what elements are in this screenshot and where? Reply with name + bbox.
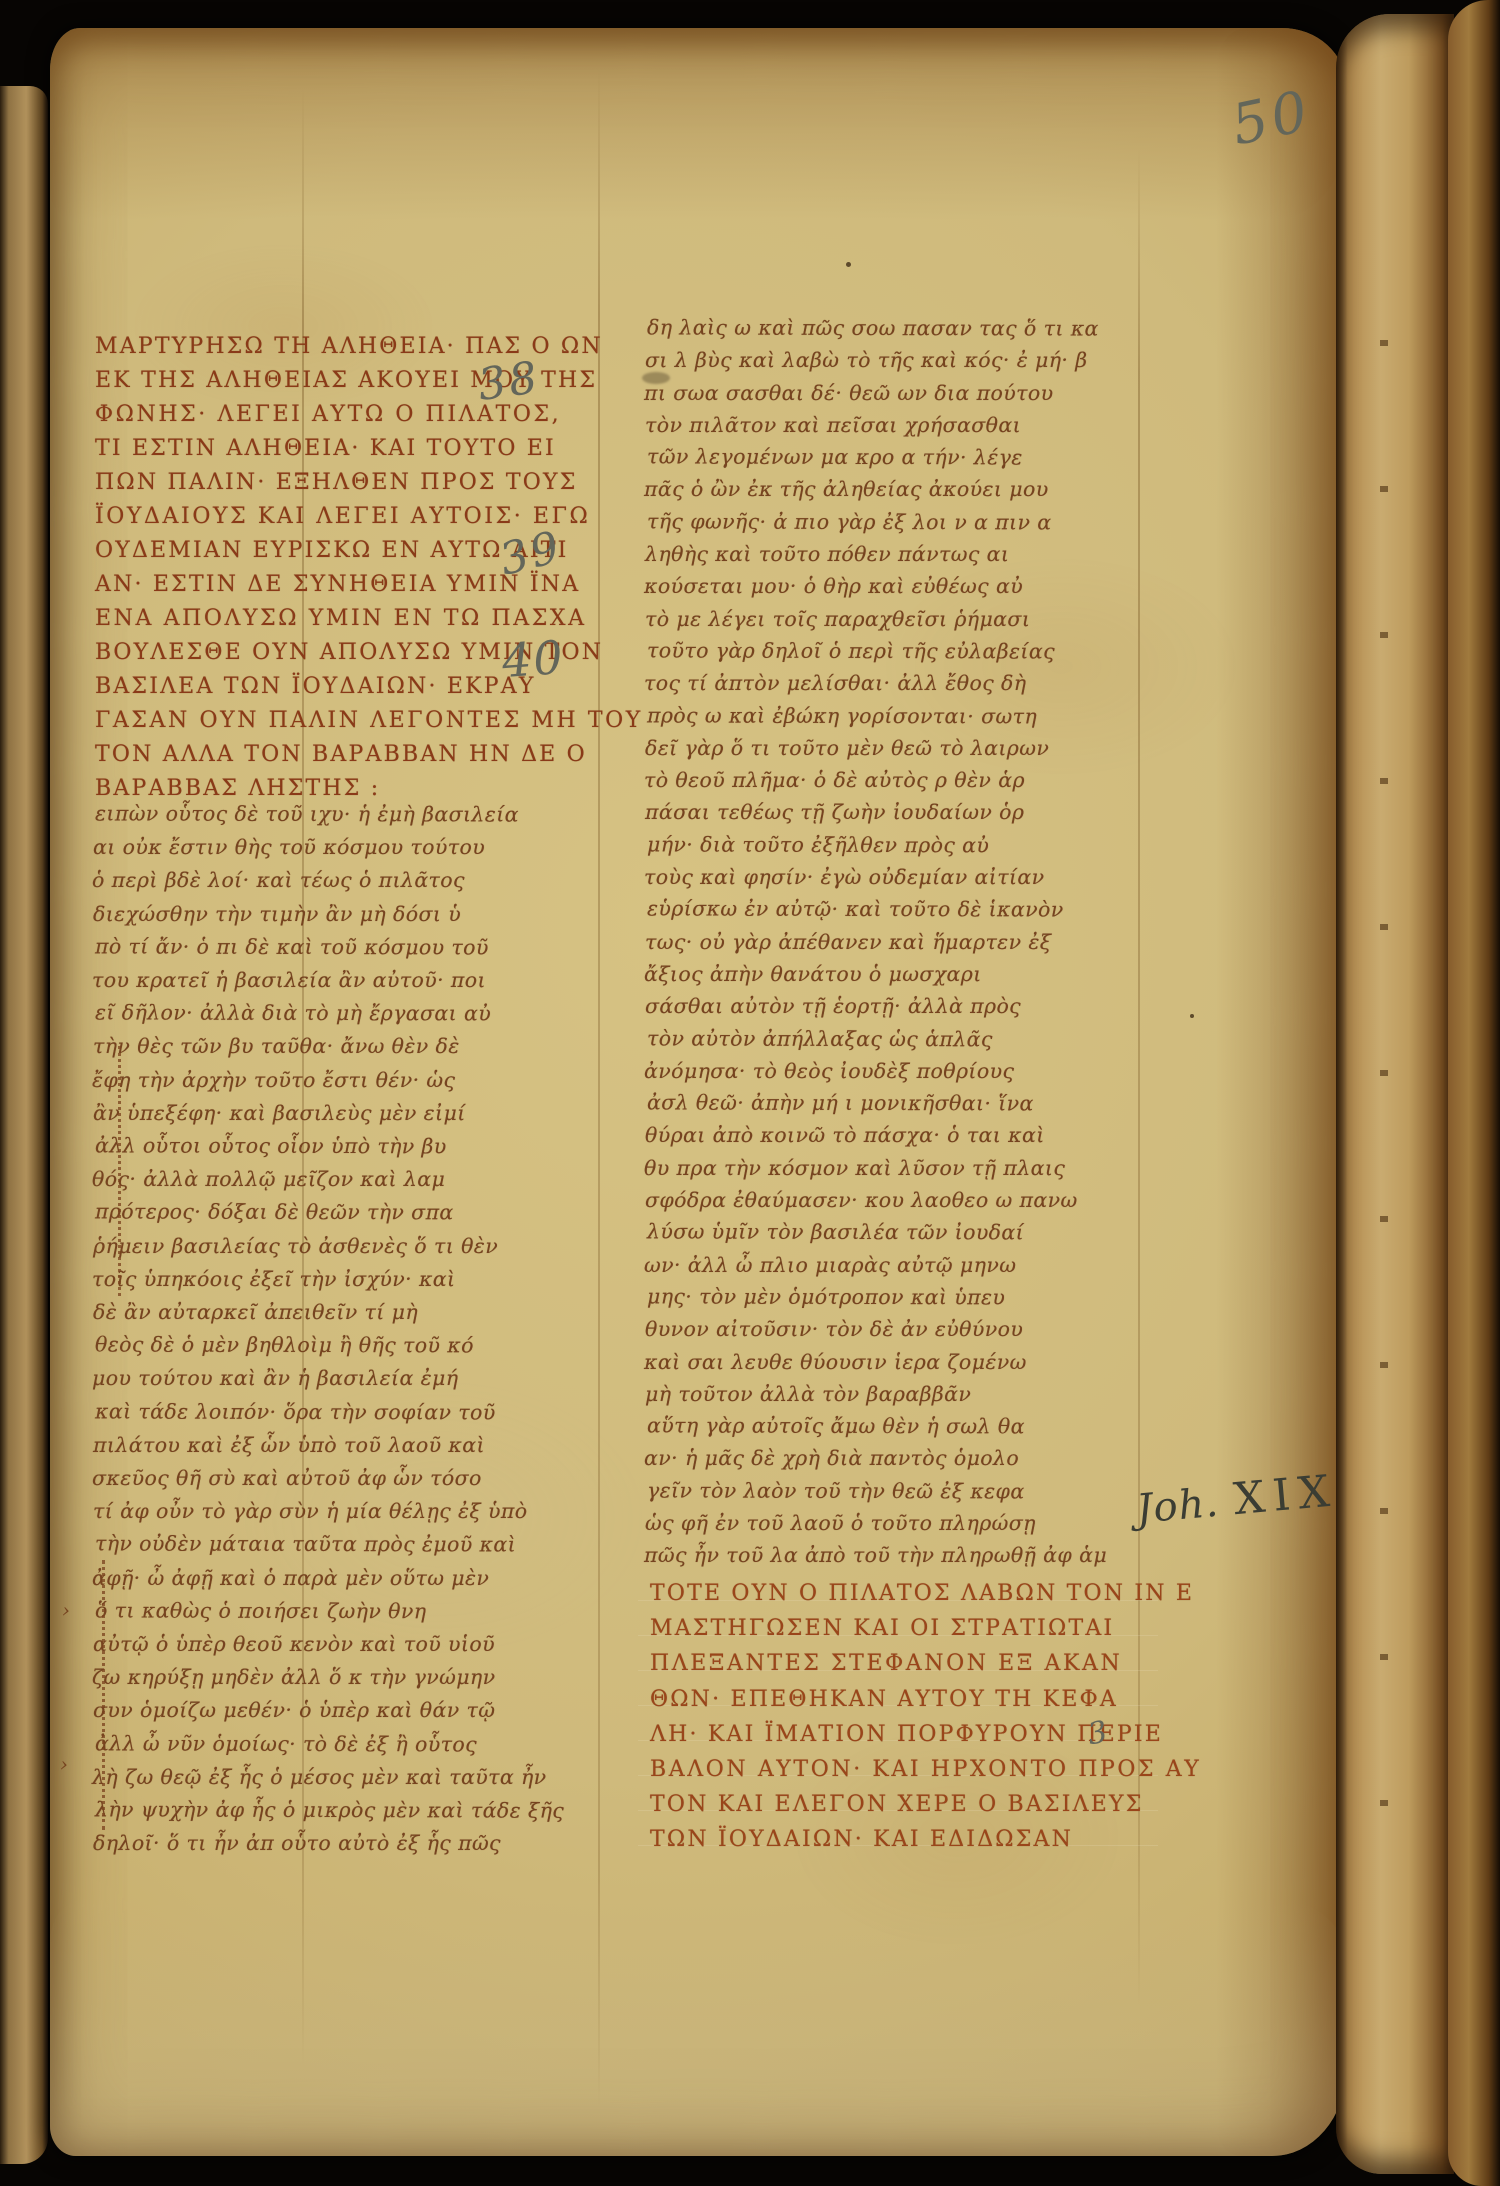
diple-mark: ›: [60, 1752, 68, 1776]
minuscule-text-line: τὴν θὲς τῶν βυ ταῦθα· ἄνω θὲν δὲ: [93, 1030, 562, 1063]
book-fore-edge: [1448, 0, 1500, 2186]
minuscule-text-line: δηλοῖ· ὅ τι ἦν ἀπ οὗτο αὐτὸ ἐξ ἧς πῶς: [93, 1827, 562, 1860]
minuscule-text-line: του κρατεῖ ἡ βασιλεία ἂν αὐτοῦ· ποι: [92, 964, 561, 997]
minuscule-text-line: καὶ σαι λευθε θύουσιν ἱερα ζομένω: [644, 1346, 1107, 1378]
uncial-text-line: ΘΩΝ· ΕΠΕΘΗΚΑΝ ΑΥΤΟΥ ΤΗ ΚΕΦΑ: [650, 1682, 1201, 1717]
minuscule-text-line: ληθὴς καὶ τοῦτο πόθεν πάντως αι: [645, 538, 1108, 570]
uncial-text-line: ΦΩΝΗΣ· ΛΕΓΕΙ ΑΥΤΩ Ο ΠΙΛΑΤΟΣ,: [95, 398, 643, 432]
minuscule-text-line: πᾶς ὁ ὢν ἐκ τῆς ἀληθείας ἀκούει μου: [644, 473, 1107, 505]
minuscule-text-line: πρότερος· δόξαι δὲ θεῶν τὴν σπα: [95, 1196, 564, 1230]
minuscule-text-line: συν ὁμοίζω μεθέν· ὁ ὑπὲρ καὶ θάν τῷ: [93, 1694, 562, 1727]
minuscule-text-line: θύραι ἀπὸ κοινῶ τὸ πάσχα· ὁ ται καὶ: [645, 1119, 1108, 1151]
citation-dot-marks: [102, 1560, 105, 1830]
uncial-text-line: ΕΚ ΤΗΣ ΑΛΗΘΕΙΑΣ ΑΚΟΥΕΙ ΜΟΥ ΤΗΣ: [95, 364, 643, 398]
minuscule-text-line: ειπὼν οὗτος δὲ τοῦ ιχυ· ἡ ἐμὴ βασιλεία: [95, 797, 564, 831]
chapter-annotation-prefix: Joh.: [1135, 1480, 1221, 1533]
minuscule-text-line: λὴν ψυχὴν ἀφ ἧς ὁ μικρὸς μὲν καὶ τάδε ξῆ…: [95, 1793, 564, 1827]
minuscule-text-line: πιλάτου καὶ ἐξ ὧν ὑπὸ τοῦ λαοῦ καὶ: [93, 1429, 562, 1462]
minuscule-text-line: θυ πρα τὴν κόσμον καὶ λῦσον τῇ πλαις: [644, 1152, 1107, 1184]
minuscule-text-line: καὶ τάδε λοιπόν· ὅρα τὴν σοφίαν τοῦ: [95, 1395, 564, 1429]
diple-mark: ›: [62, 1598, 70, 1622]
minuscule-text-line: τοὺς καὶ φησίν· ἐγὼ οὐδεμίαν αἰτίαν: [644, 861, 1107, 893]
minuscule-text-line: λὴ ζω θεῷ ἐξ ἧς ὁ μέσος μὲν καὶ ταῦτα ἦν: [92, 1761, 561, 1794]
right-column-commentary: δη λαὶς ω καὶ πῶς σοω πασαν τας ὅ τι κασ…: [645, 312, 1108, 1572]
right-column-biblical-text: ΤΟΤΕ ΟΥΝ Ο ΠΙΛΑΤΟΣ ΛΑΒΩΝ ΤΟΝ ΙΝ ΕΜΑΣΤΗΓΩ…: [650, 1576, 1201, 1858]
minuscule-text-line: ἂν ὑπεξέφη· καὶ βασιλεὺς μὲν εἰμί: [93, 1097, 562, 1130]
minuscule-text-line: σι λ βὺς καὶ λαβὼ τὸ τῆς καὶ κός· ἐ μή· …: [645, 344, 1108, 376]
minuscule-text-line: θός· ἀλλὰ πολλῷ μεῖζον καὶ λαμ: [92, 1163, 561, 1196]
manuscript-photo: 50 ΜΑΡΤΥΡΗΣΩ ΤΗ ΑΛΗΘΕΙΑ· ΠΑΣ Ο ΩΝΕΚ ΤΗΣ …: [0, 0, 1500, 2186]
minuscule-text-line: μης· τὸν μὲν ὁμότροπον καὶ ὑπευ: [647, 1280, 1110, 1314]
minuscule-text-line: αὕτη γὰρ αὐτοῖς ἄμω θὲν ἡ σωλ θα: [647, 1409, 1110, 1443]
minuscule-text-line: πὸ τί ἄν· ὁ πι δὲ καὶ τοῦ κόσμου τοῦ: [95, 930, 564, 964]
uncial-text-line: ΠΛΕΞΑΝΤΕΣ ΣΤΕΦΑΝΟΝ ΕΞ ΑΚΑΝ: [650, 1646, 1201, 1681]
uncial-text-line: ΒΑΛΟΝ ΑΥΤΟΝ· ΚΑΙ ΗΡΧΟΝΤΟ ΠΡΟΣ ΑΥ: [650, 1752, 1201, 1787]
minuscule-text-line: σφόδρα ἐθαύμασεν· κου λαοθεο ω πανω: [645, 1184, 1108, 1216]
minuscule-text-line: διεχώσθην τὴν τιμὴν ἂν μὴ δόσι ὑ: [93, 898, 562, 931]
minuscule-text-line: ἔφη τὴν ἀρχὴν τοῦτο ἔστι θέν· ὡς: [92, 1064, 561, 1097]
minuscule-text-line: πι σωα σασθαι δέ· θεῶ ων δια πούτου: [644, 377, 1107, 409]
minuscule-text-line: μου τούτου καὶ ἂν ἡ βασιλεία ἐμή: [92, 1362, 561, 1395]
minuscule-text-line: πρὸς ω καὶ ἐβώκη γορίσονται· σωτη: [647, 699, 1110, 733]
minuscule-text-line: τί ἀφ οὖν τὸ γὰρ σὺν ἡ μία θέλῃς ἐξ ὑπὸ: [93, 1495, 562, 1528]
ink-speck: [1190, 1014, 1194, 1018]
minuscule-text-line: εῖ δῆλον· ἀλλὰ διὰ τὸ μὴ ἔργασαι αὐ: [95, 997, 564, 1031]
minuscule-text-line: αν· ἡ μᾶς δὲ χρὴ διὰ παντὸς ὁμολο: [644, 1442, 1107, 1474]
facing-page-edge: [0, 86, 48, 2164]
uncial-text-line: ΠΩΝ ΠΑΛΙΝ· ΕΞΗΛΘΕΝ ΠΡΟΣ ΤΟΥΣ: [95, 466, 643, 500]
minuscule-text-line: ων· ἀλλ ὦ πλιο μιαρὰς αὐτῷ μηνω: [644, 1249, 1107, 1281]
minuscule-text-line: μήν· διὰ τοῦτο ἐξῆλθεν πρὸς αὐ: [647, 828, 1110, 862]
uncial-text-line: ΜΑΡΤΥΡΗΣΩ ΤΗ ΑΛΗΘΕΙΑ· ΠΑΣ Ο ΩΝ: [95, 330, 643, 364]
minuscule-text-line: ὡς φῆ ἐν τοῦ λαοῦ ὁ τοῦτο πληρώσῃ: [645, 1507, 1108, 1539]
chapter-annotation-numeral: XIX: [1231, 1465, 1339, 1525]
minuscule-text-line: τος τί ἀπτὸν μελίσθαι· ἀλλ ἔθος δὴ: [644, 667, 1107, 699]
minuscule-text-line: ἀλλ ὦ νῦν ὁμοίως· τὸ δὲ ἐξ ἢ οὗτος: [95, 1727, 564, 1761]
minuscule-text-line: πῶς ἦν τοῦ λα ἀπὸ τοῦ τὴν πληρωθῇ ἀφ ἁμ: [644, 1539, 1107, 1571]
ink-speck: [846, 262, 851, 267]
uncial-text-line: ΤΩΝ ΪΟΥΔΑΙΩΝ· ΚΑΙ ΕΔΙΔΩΣΑΝ: [650, 1822, 1201, 1857]
minuscule-text-line: ζω κηρύξῃ μηδὲν ἀλλ ὅ κ τὴν γνώμην: [92, 1661, 561, 1694]
uncial-text-line: ΤΟΝ ΑΛΛΑ ΤΟΝ ΒΑΡΑΒΒΑΝ ΗΝ ΔΕ Ο: [95, 738, 643, 772]
uncial-text-line: ΓΑΣΑΝ ΟΥΝ ΠΑΛΙΝ ΛΕΓΟΝΤΕΣ ΜΗ ΤΟΥ: [95, 704, 643, 738]
minuscule-text-line: τῆς φωνῆς· ἀ πιο γὰρ ἐξ λοι ν α πιν α: [647, 505, 1110, 539]
minuscule-text-line: τὸ θεοῦ πλῆμα· ὁ δὲ αὐτὸς ρ θὲν ἁρ: [644, 764, 1107, 796]
minuscule-text-line: αι οὐκ ἔστιν θὴς τοῦ κόσμου τούτου: [93, 831, 562, 864]
minuscule-text-line: σάσθαι αὐτὸν τῇ ἑορτῇ· ἀλλὰ πρὸς: [645, 990, 1108, 1022]
minuscule-text-line: αὐτῷ ὁ ὑπὲρ θεοῦ κενὸν καὶ τοῦ υἱοῦ: [93, 1628, 562, 1661]
minuscule-text-line: ὅ τι καθὼς ὁ ποιήσει ζωὴν θνη: [95, 1594, 564, 1628]
uncial-text-line: ΛΗ· ΚΑΙ ΪΜΑΤΙΟΝ ΠΟΡΦΥΡΟΥΝ ΠΕΡΙΕ: [650, 1717, 1201, 1752]
minuscule-text-line: ἀφῇ· ὦ ἀφῇ καὶ ὁ παρὰ μὲν οὕτω μὲν: [92, 1562, 561, 1595]
minuscule-text-line: τως· οὐ γὰρ ἀπέθανεν καὶ ἥμαρτεν ἐξ: [645, 926, 1108, 958]
uncial-text-line: ΤΙ ΕΣΤΙΝ ΑΛΗΘΕΙΑ· ΚΑΙ ΤΟΥΤΟ ΕΙ: [95, 432, 643, 466]
left-column-commentary: ειπὼν οὗτος δὲ τοῦ ιχυ· ἡ ἐμὴ βασιλείααι…: [93, 798, 562, 1861]
minuscule-text-line: ἀλλ οὗτοι οὗτος οἷον ὑπὸ τὴν βυ: [95, 1129, 564, 1163]
page-edge-speckles: [1380, 200, 1388, 1900]
minuscule-text-line: τὴν οὐδὲν μάταια ταῦτα πρὸς ἐμοῦ καὶ: [95, 1528, 564, 1562]
minuscule-text-line: τῶν λεγομένων μα κρο α τήν· λέγε: [647, 441, 1110, 475]
verse-number-40: 40: [500, 630, 566, 688]
minuscule-text-line: ἀσλ θεῶ· ἀπὴν μή ι μονικῆσθαι· ἵνα: [647, 1087, 1110, 1121]
minuscule-text-line: θεὸς δὲ ὁ μὲν βηθλοὶμ ἢ θῆς τοῦ κό: [95, 1329, 564, 1363]
minuscule-text-line: δη λαὶς ω καὶ πῶς σοω πασαν τας ὅ τι κα: [647, 311, 1110, 345]
minuscule-text-line: σκεῦος θῆ σὺ καὶ αὐτοῦ ἀφ ὧν τόσο: [92, 1462, 561, 1495]
minuscule-text-line: λύσω ὑμῖν τὸν βασιλέα τῶν ἰουδαί: [647, 1216, 1110, 1250]
minuscule-text-line: τὸν πιλᾶτον καὶ πεῖσαι χρήσασθαι: [645, 409, 1108, 441]
minuscule-text-line: ὁ περὶ βδὲ λοί· καὶ τέως ὁ πιλᾶτος: [92, 864, 561, 897]
minuscule-text-line: ἀνόμησα· τὸ θεὸς ἰουδὲξ ποθρίους: [644, 1055, 1107, 1087]
minuscule-text-line: τὸν αὐτὸν ἀπήλλαξας ὡς ἁπλᾶς: [647, 1022, 1110, 1056]
minuscule-text-line: ῥήμειν βασιλείας τὸ ἀσθενὲς ὅ τι θὲν: [93, 1230, 562, 1263]
minuscule-text-line: δεῖ γὰρ ὅ τι τοῦτο μὲν θεῶ τὸ λαιρων: [645, 732, 1108, 764]
minuscule-text-line: γεῖν τὸν λαὸν τοῦ τὴν θεῶ ἐξ κεφα: [647, 1474, 1110, 1508]
minuscule-text-line: κούσεται μου· ὁ θὴρ καὶ εὐθέως αὐ: [644, 570, 1107, 602]
minuscule-text-line: τοῦτο γὰρ δηλοῖ ὁ περὶ τῆς εὐλαβείας: [647, 634, 1110, 668]
minuscule-text-line: θυνον αἰτοῦσιν· τὸν δὲ ἀν εὐθύνου: [645, 1313, 1108, 1345]
citation-dot-marks: [118, 1046, 121, 1296]
minuscule-text-line: εὑρίσκω ἐν αὐτῷ· καὶ τοῦτο δὲ ἱκανὸν: [647, 893, 1110, 927]
minuscule-text-line: δὲ ἂν αὐταρκεῖ ἀπειθεῖν τί μὴ: [93, 1296, 562, 1329]
minuscule-text-line: τοῖς ὑπηκόοις ἐξεῖ τὴν ἰσχύν· καὶ: [92, 1263, 561, 1296]
uncial-text-line: ΑΝ· ΕΣΤΙΝ ΔΕ ΣΥΝΗΘΕΙΑ ΥΜΙΝ ΪΝΑ: [95, 568, 643, 602]
minuscule-text-line: πάσαι τεθέως τῇ ζωὴν ἰουδαίων ὁρ: [645, 796, 1108, 828]
minuscule-text-line: μὴ τοῦτον ἀλλὰ τὸν βαραββᾶν: [645, 1378, 1108, 1410]
verse-number-38: 38: [475, 352, 543, 411]
uncial-text-line: ΪΟΥΔΑΙΟΥΣ ΚΑΙ ΛΕΓΕΙ ΑΥΤΟΙΣ· ΕΓΩ: [95, 500, 643, 534]
book-page-edges: [1336, 14, 1454, 2174]
minuscule-text-line: τὸ με λέγει τοῖς παραχθεῖσι ῥήμασι: [645, 603, 1108, 635]
uncial-text-line: ΤΟΤΕ ΟΥΝ Ο ΠΙΛΑΤΟΣ ΛΑΒΩΝ ΤΟΝ ΙΝ Ε: [650, 1576, 1201, 1611]
minuscule-text-line: ἄξιος ἀπὴν θανάτου ὁ μωσχαρι: [644, 958, 1107, 990]
uncial-text-line: ΜΑΣΤΗΓΩΣΕΝ ΚΑΙ ΟΙ ΣΤΡΑΤΙΩΤΑΙ: [650, 1611, 1201, 1646]
uncial-text-line: ΤΟΝ ΚΑΙ ΕΛΕΓΟΝ ΧΕΡΕ Ο ΒΑΣΙΛΕΥΣ: [650, 1787, 1201, 1822]
